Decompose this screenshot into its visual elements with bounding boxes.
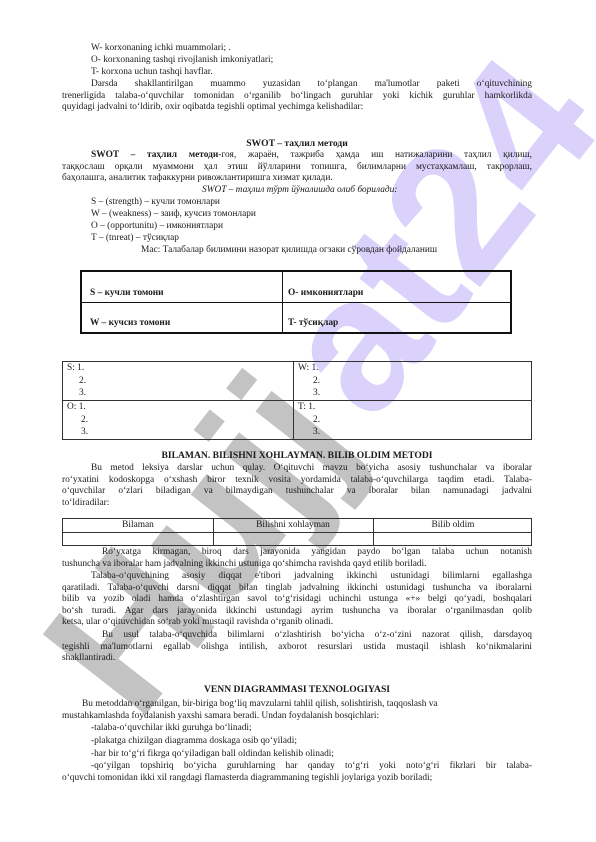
table-divider bbox=[63, 400, 531, 401]
venn-step-1: -talaba-o‘quvchilar ikki guruhga bo‘lina… bbox=[91, 723, 252, 735]
table-divider bbox=[82, 302, 510, 303]
table-divider bbox=[63, 532, 531, 533]
swot-subtitle: SWOT – таҳлил тўрт йўналишда олиб борила… bbox=[202, 185, 397, 197]
table-header-bilishni-xohlayman: Bilishni xohlayman bbox=[213, 519, 373, 532]
swot-example: Мас: Талабалар билимини назорат қилишда … bbox=[141, 245, 437, 257]
venn-paragraph-line-1: Bu metoddan o‘rganilgan, bir-biriga bog‘… bbox=[82, 699, 438, 711]
venn-step-4: -qo‘yilgan topshiriq bo‘yicha guruhlarni… bbox=[62, 761, 532, 784]
bilaman-paragraph-4: Bu usul talaba-o‘quvchida bilimlarni o‘z… bbox=[62, 630, 532, 665]
bilaman-paragraph-3: Talaba-o‘quvchining asosiy diqqat e'tibo… bbox=[62, 571, 532, 629]
table-cell-w: W: 1. 2. 3. bbox=[298, 362, 320, 400]
swot-para-bold: SWOT – таҳлил методи bbox=[91, 150, 218, 160]
table-header-bilib-oldim: Bilib oldim bbox=[373, 519, 533, 532]
table-cell-s: S – кучли томони bbox=[90, 288, 164, 298]
swot-title: SWOT – таҳлил методи bbox=[62, 138, 532, 150]
table-divider bbox=[293, 362, 294, 439]
document-page: Hujj at24 W- korxonaning ichki muammolar… bbox=[0, 0, 596, 842]
swot-paragraph: SWOT – таҳлил методи-гоя, жараён, тажриб… bbox=[62, 150, 532, 185]
table-cell-w: W – кучсиз томони bbox=[90, 318, 170, 328]
bilaman-table: Bilaman Bilishni xohlayman Bilib oldim bbox=[62, 518, 532, 546]
table-divider bbox=[282, 272, 283, 332]
table-cell-o: O- имкониятлари bbox=[288, 288, 363, 298]
venn-title: VENN DIAGRAMMASI TEXNOLOGIYASI bbox=[62, 684, 532, 696]
swot-summary-table: S – кучли томони O- имкониятлари W – куч… bbox=[80, 270, 512, 334]
bilaman-paragraph-2: Ro‘yxatga kirmagan, biroq dars jarayonid… bbox=[62, 547, 532, 570]
intro-item-w: W- korxonaning ichki muammolari; . bbox=[91, 43, 231, 55]
swot-item-w: W – (weakness) – заиф, кучсиз томонлари bbox=[91, 209, 256, 221]
table-cell-t: T- тўсиқлар bbox=[288, 318, 338, 328]
table-header-bilaman: Bilaman bbox=[63, 519, 213, 532]
swot-item-o: O – (opportunitu) – имкониятлари bbox=[91, 221, 223, 233]
intro-item-t: T- korxona uchun tashqi havflar. bbox=[91, 67, 213, 79]
venn-step-3: -har bir to‘g‘ri fikrga qo‘yiladigan bal… bbox=[91, 749, 334, 761]
venn-step-2: -plakatga chizilgan diagramma doskaga os… bbox=[91, 736, 297, 748]
swot-fill-table: S: 1. 2. 3. W: 1. 2. 3. O: 1. 2. 3. T: 1… bbox=[62, 361, 532, 440]
swot-item-t: T – (tnreat) – тўсиқлар bbox=[91, 233, 179, 245]
venn-paragraph-line-2: mustahkamlashda foydalanish yaxshi samar… bbox=[62, 711, 379, 723]
table-cell-s: S: 1. 2. 3. bbox=[67, 362, 86, 400]
bilaman-paragraph-1: Bu metod leksiya darslar uchun qulay. O‘… bbox=[62, 463, 532, 509]
table-cell-o: O: 1. 2. 3. bbox=[67, 401, 88, 439]
table-cell-t: T: 1. 2. 3. bbox=[298, 401, 320, 439]
bilaman-title: BILAMAN. BILISHNI XOHLAYMAN. BILIB OLDIM… bbox=[62, 450, 532, 462]
intro-paragraph: Darsda shakllantirilgan muammo yuzasidan… bbox=[62, 79, 532, 114]
intro-item-o: O- korxonaning tashqi rivojlanish imkoni… bbox=[91, 55, 273, 67]
swot-item-s: S – (strength) – кучли томонлари bbox=[91, 197, 220, 209]
